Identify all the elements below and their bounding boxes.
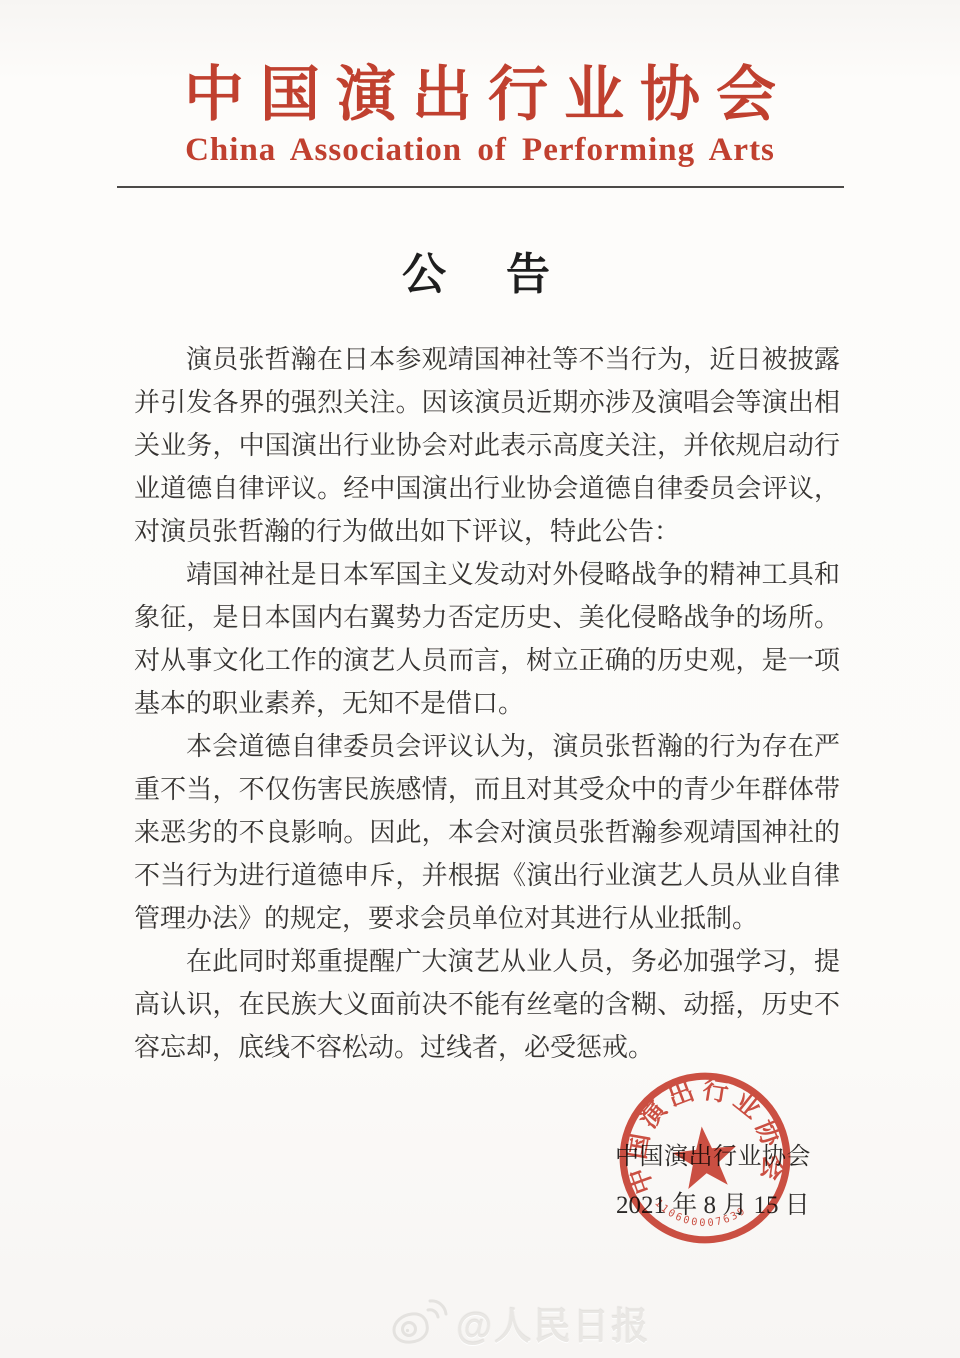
seal-ring-text: 中国演出行业协会 (614, 1067, 791, 1199)
announcement-page: 中国演出行业协会 China Association of Performing… (0, 0, 960, 1358)
letterhead-divider (117, 186, 844, 188)
watermark-text: @人民日报 (456, 1296, 650, 1350)
signature-date: 2021 年 8 月 15 日 (616, 1185, 816, 1221)
paragraph-1: 演员张哲瀚在日本参观靖国神社等不当行为，近日被披露并引发各界的强烈关注。因该演员… (134, 338, 840, 553)
announcement-title: 公 告 (0, 238, 960, 302)
signature-org: 中国演出行业协会 (615, 1136, 815, 1171)
svg-text:中国演出行业协会: 中国演出行业协会 (614, 1067, 791, 1199)
announcement-body: 演员张哲瀚在日本参观靖国神社等不当行为，近日被披露并引发各界的强烈关注。因该演员… (134, 338, 840, 1069)
letterhead: 中国演出行业协会 China Association of Performing… (0, 62, 960, 169)
paragraph-3: 本会道德自律委员会评议认为，演员张哲瀚的行为存在严重不当，不仅伤害民族感情，而且… (134, 725, 840, 940)
paragraph-2: 靖国神社是日本军国主义发动对外侵略战争的精神工具和象征，是日本国内右翼势力否定历… (134, 553, 840, 725)
paragraph-4: 在此同时郑重提醒广大演艺从业人员，务必加强学习，提高认识，在民族大义面前决不能有… (134, 940, 840, 1069)
org-title-cn: 中国演出行业协会 (16, 62, 960, 128)
org-title-en: China Association of Performing Arts (0, 132, 960, 169)
weibo-logo-icon (392, 1298, 448, 1348)
watermark: @人民日报 (392, 1296, 650, 1350)
